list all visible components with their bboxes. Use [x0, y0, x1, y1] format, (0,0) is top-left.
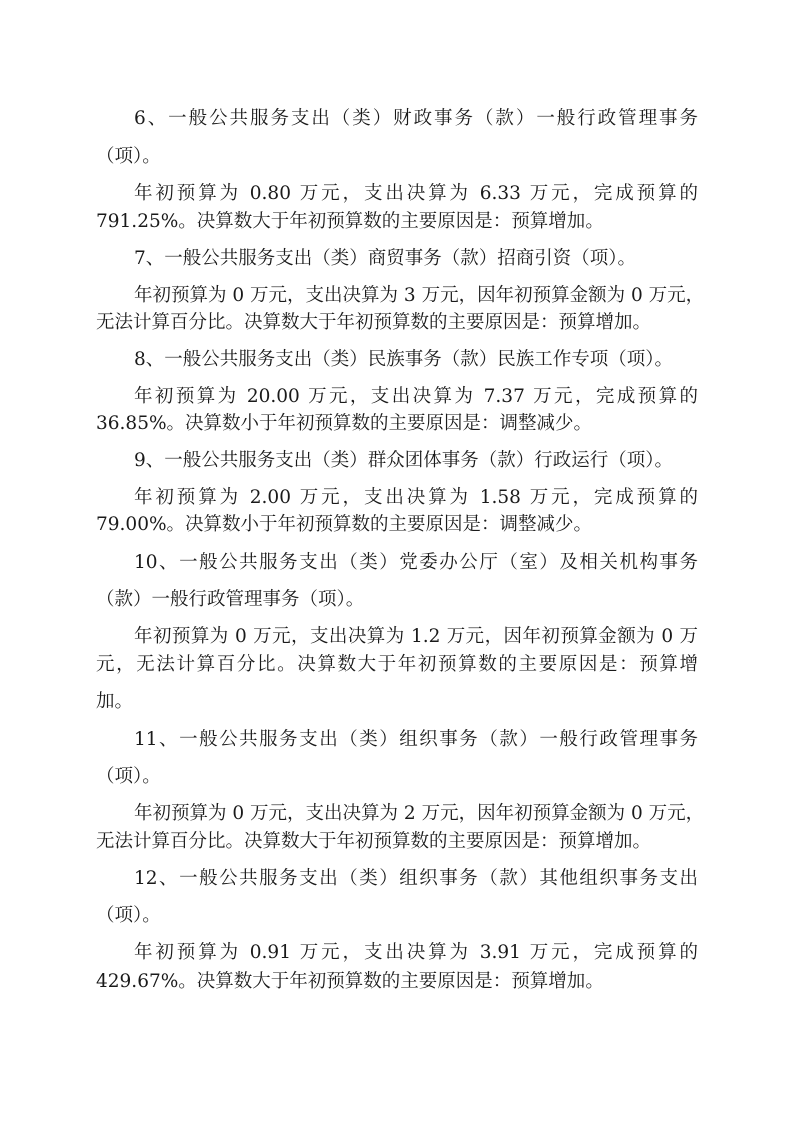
- section-8-body-line-2: 36.85%。决算数小于年初预算数的主要原因是：调整减少。: [96, 411, 698, 437]
- section-6-body-line-2: 791.25%。决算数大于年初预算数的主要原因是：预算增加。: [96, 209, 698, 235]
- section-6-heading-line-1: 6、一般公共服务支出（类）财政事务（款）一般行政管理事务: [134, 106, 698, 132]
- section-9-body-line-1: 年初预算为 2.00 万元，支出决算为 1.58 万元，完成预算的: [134, 485, 698, 511]
- section-12-body-line-2: 429.67%。决算数大于年初预算数的主要原因是：预算增加。: [96, 969, 698, 995]
- section-11-body-line-1: 年初预算为 0 万元，支出决算为 2 万元，因年初预算金额为 0 万元，: [134, 801, 698, 827]
- section-7-body-line-1: 年初预算为 0 万元，支出决算为 3 万元，因年初预算金额为 0 万元，: [134, 283, 698, 309]
- section-11-heading-line-2: （项）。: [96, 764, 698, 790]
- section-7-heading-line-1: 7、一般公共服务支出（类）商贸事务（款）招商引资（项）。: [134, 246, 698, 272]
- section-10-body-line-2: 元，无法计算百分比。决算数大于年初预算数的主要原因是：预算增: [96, 652, 698, 678]
- section-6-heading-line-2: （项）。: [96, 144, 698, 170]
- document-page: 6、一般公共服务支出（类）财政事务（款）一般行政管理事务 （项）。 年初预算为 …: [0, 0, 793, 1122]
- section-11-heading-line-1: 11、一般公共服务支出（类）组织事务（款）一般行政管理事务: [134, 727, 698, 753]
- section-12-heading-line-2: （项）。: [96, 903, 698, 929]
- section-12-heading-line-1: 12、一般公共服务支出（类）组织事务（款）其他组织事务支出: [134, 866, 698, 892]
- section-10-body-line-3: 加。: [96, 689, 698, 715]
- section-9-heading-line-1: 9、一般公共服务支出（类）群众团体事务（款）行政运行（项）。: [134, 448, 698, 474]
- section-8-heading-line-1: 8、一般公共服务支出（类）民族事务（款）民族工作专项（项）。: [134, 347, 698, 373]
- section-6-body-line-1: 年初预算为 0.80 万元，支出决算为 6.33 万元，完成预算的: [134, 181, 698, 207]
- section-10-heading-line-1: 10、一般公共服务支出（类）党委办公厅（室）及相关机构事务: [134, 550, 698, 576]
- section-11-body-line-2: 无法计算百分比。决算数大于年初预算数的主要原因是：预算增加。: [96, 829, 698, 855]
- section-7-body-line-2: 无法计算百分比。决算数大于年初预算数的主要原因是：预算增加。: [96, 310, 698, 336]
- section-10-heading-line-2: （款）一般行政管理事务（项）。: [96, 587, 698, 613]
- section-12-body-line-1: 年初预算为 0.91 万元，支出决算为 3.91 万元，完成预算的: [134, 940, 698, 966]
- section-8-body-line-1: 年初预算为 20.00 万元，支出决算为 7.37 万元，完成预算的: [134, 384, 698, 410]
- section-9-body-line-2: 79.00%。决算数小于年初预算数的主要原因是：调整减少。: [96, 512, 698, 538]
- section-10-body-line-1: 年初预算为 0 万元，支出决算为 1.2 万元，因年初预算金额为 0 万: [134, 624, 698, 650]
